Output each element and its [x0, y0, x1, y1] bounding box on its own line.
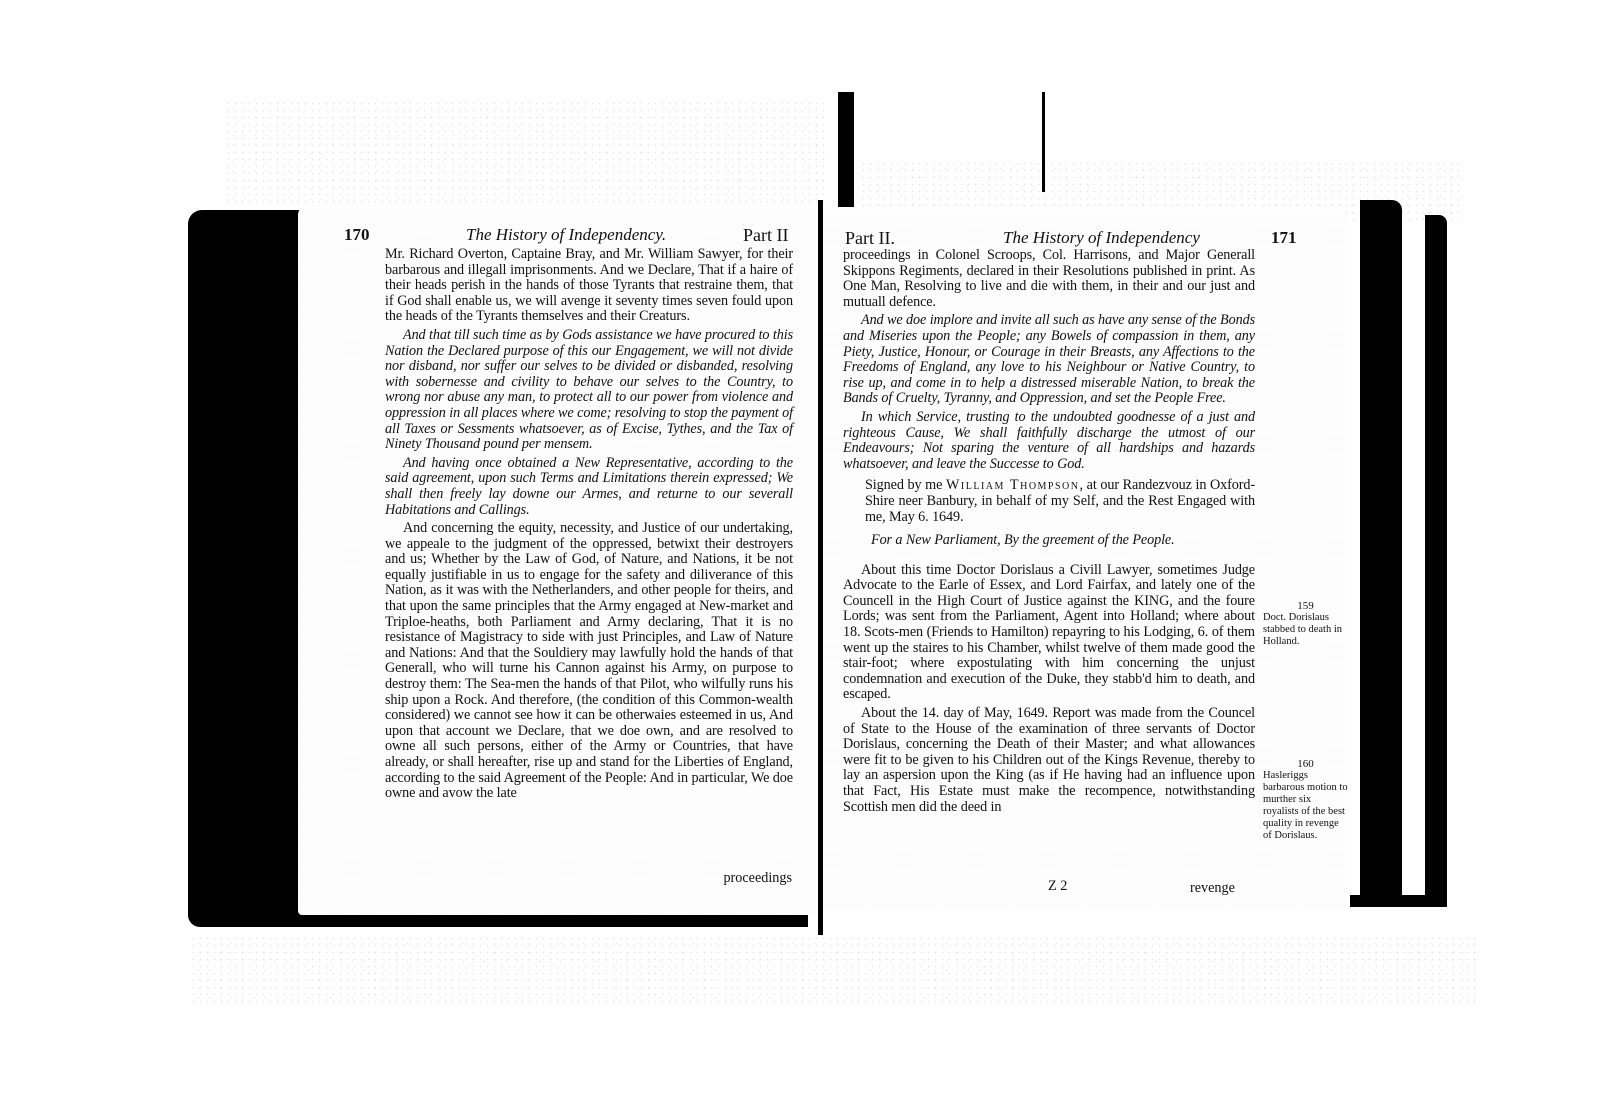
scan-noise-bottom: [190, 935, 1480, 1005]
bookmark-ribbon: [1042, 92, 1045, 192]
running-title: The History of Independency: [1003, 228, 1200, 248]
page-number: 171: [1271, 228, 1297, 248]
part-label: Part II.: [845, 228, 895, 249]
book-cover-left: [188, 210, 313, 925]
scan-noise-top: [225, 100, 825, 205]
paragraph: And we doe implore and invite all such a…: [843, 313, 1255, 407]
signature-mark: Z 2: [1048, 878, 1067, 895]
signatory-name: William Thompson: [946, 477, 1079, 493]
book-cover-right-edge: [1425, 215, 1447, 905]
paragraph: And concerning the equity, necessity, an…: [385, 521, 793, 802]
catchword: revenge: [1190, 880, 1235, 897]
margin-note-160: 160 Hasleriggs barbarous motion to murth…: [1263, 758, 1348, 842]
right-page: Part II. The History of Independency 171…: [823, 210, 1348, 910]
book-cover-right: [1360, 200, 1402, 905]
paragraph: Mr. Richard Overton, Captaine Bray, and …: [385, 247, 793, 325]
book-spine-strip: [838, 92, 854, 207]
right-page-body: proceedings in Colonel Scroops, Col. Har…: [843, 248, 1255, 815]
left-page-body: Mr. Richard Overton, Captaine Bray, and …: [385, 247, 793, 802]
page-number: 170: [344, 225, 370, 245]
paragraph: And that till such time as by Gods assis…: [385, 328, 793, 453]
paragraph: In which Service, trusting to the undoub…: [843, 410, 1255, 472]
left-page: 170 The History of Independency. Part II…: [298, 205, 818, 915]
part-label: Part II: [743, 225, 788, 246]
paragraph: About this time Doctor Dorislaus a Civil…: [843, 563, 1255, 703]
catchword: proceedings: [723, 870, 792, 887]
book-cover-bottom-right: [1350, 895, 1447, 907]
slogan: For a New Parliament, By the greement of…: [843, 533, 1255, 549]
signature-block: Signed by me William Thompson, at our Ra…: [843, 478, 1255, 525]
margin-note-159: 159 Doct. Dorislaus stabbed to death in …: [1263, 600, 1348, 648]
paragraph: proceedings in Colonel Scroops, Col. Har…: [843, 248, 1255, 310]
paragraph: And having once obtained a New Represent…: [385, 456, 793, 518]
paragraph: About the 14. day of May, 1649. Report w…: [843, 706, 1255, 815]
running-title: The History of Independency.: [466, 225, 666, 245]
